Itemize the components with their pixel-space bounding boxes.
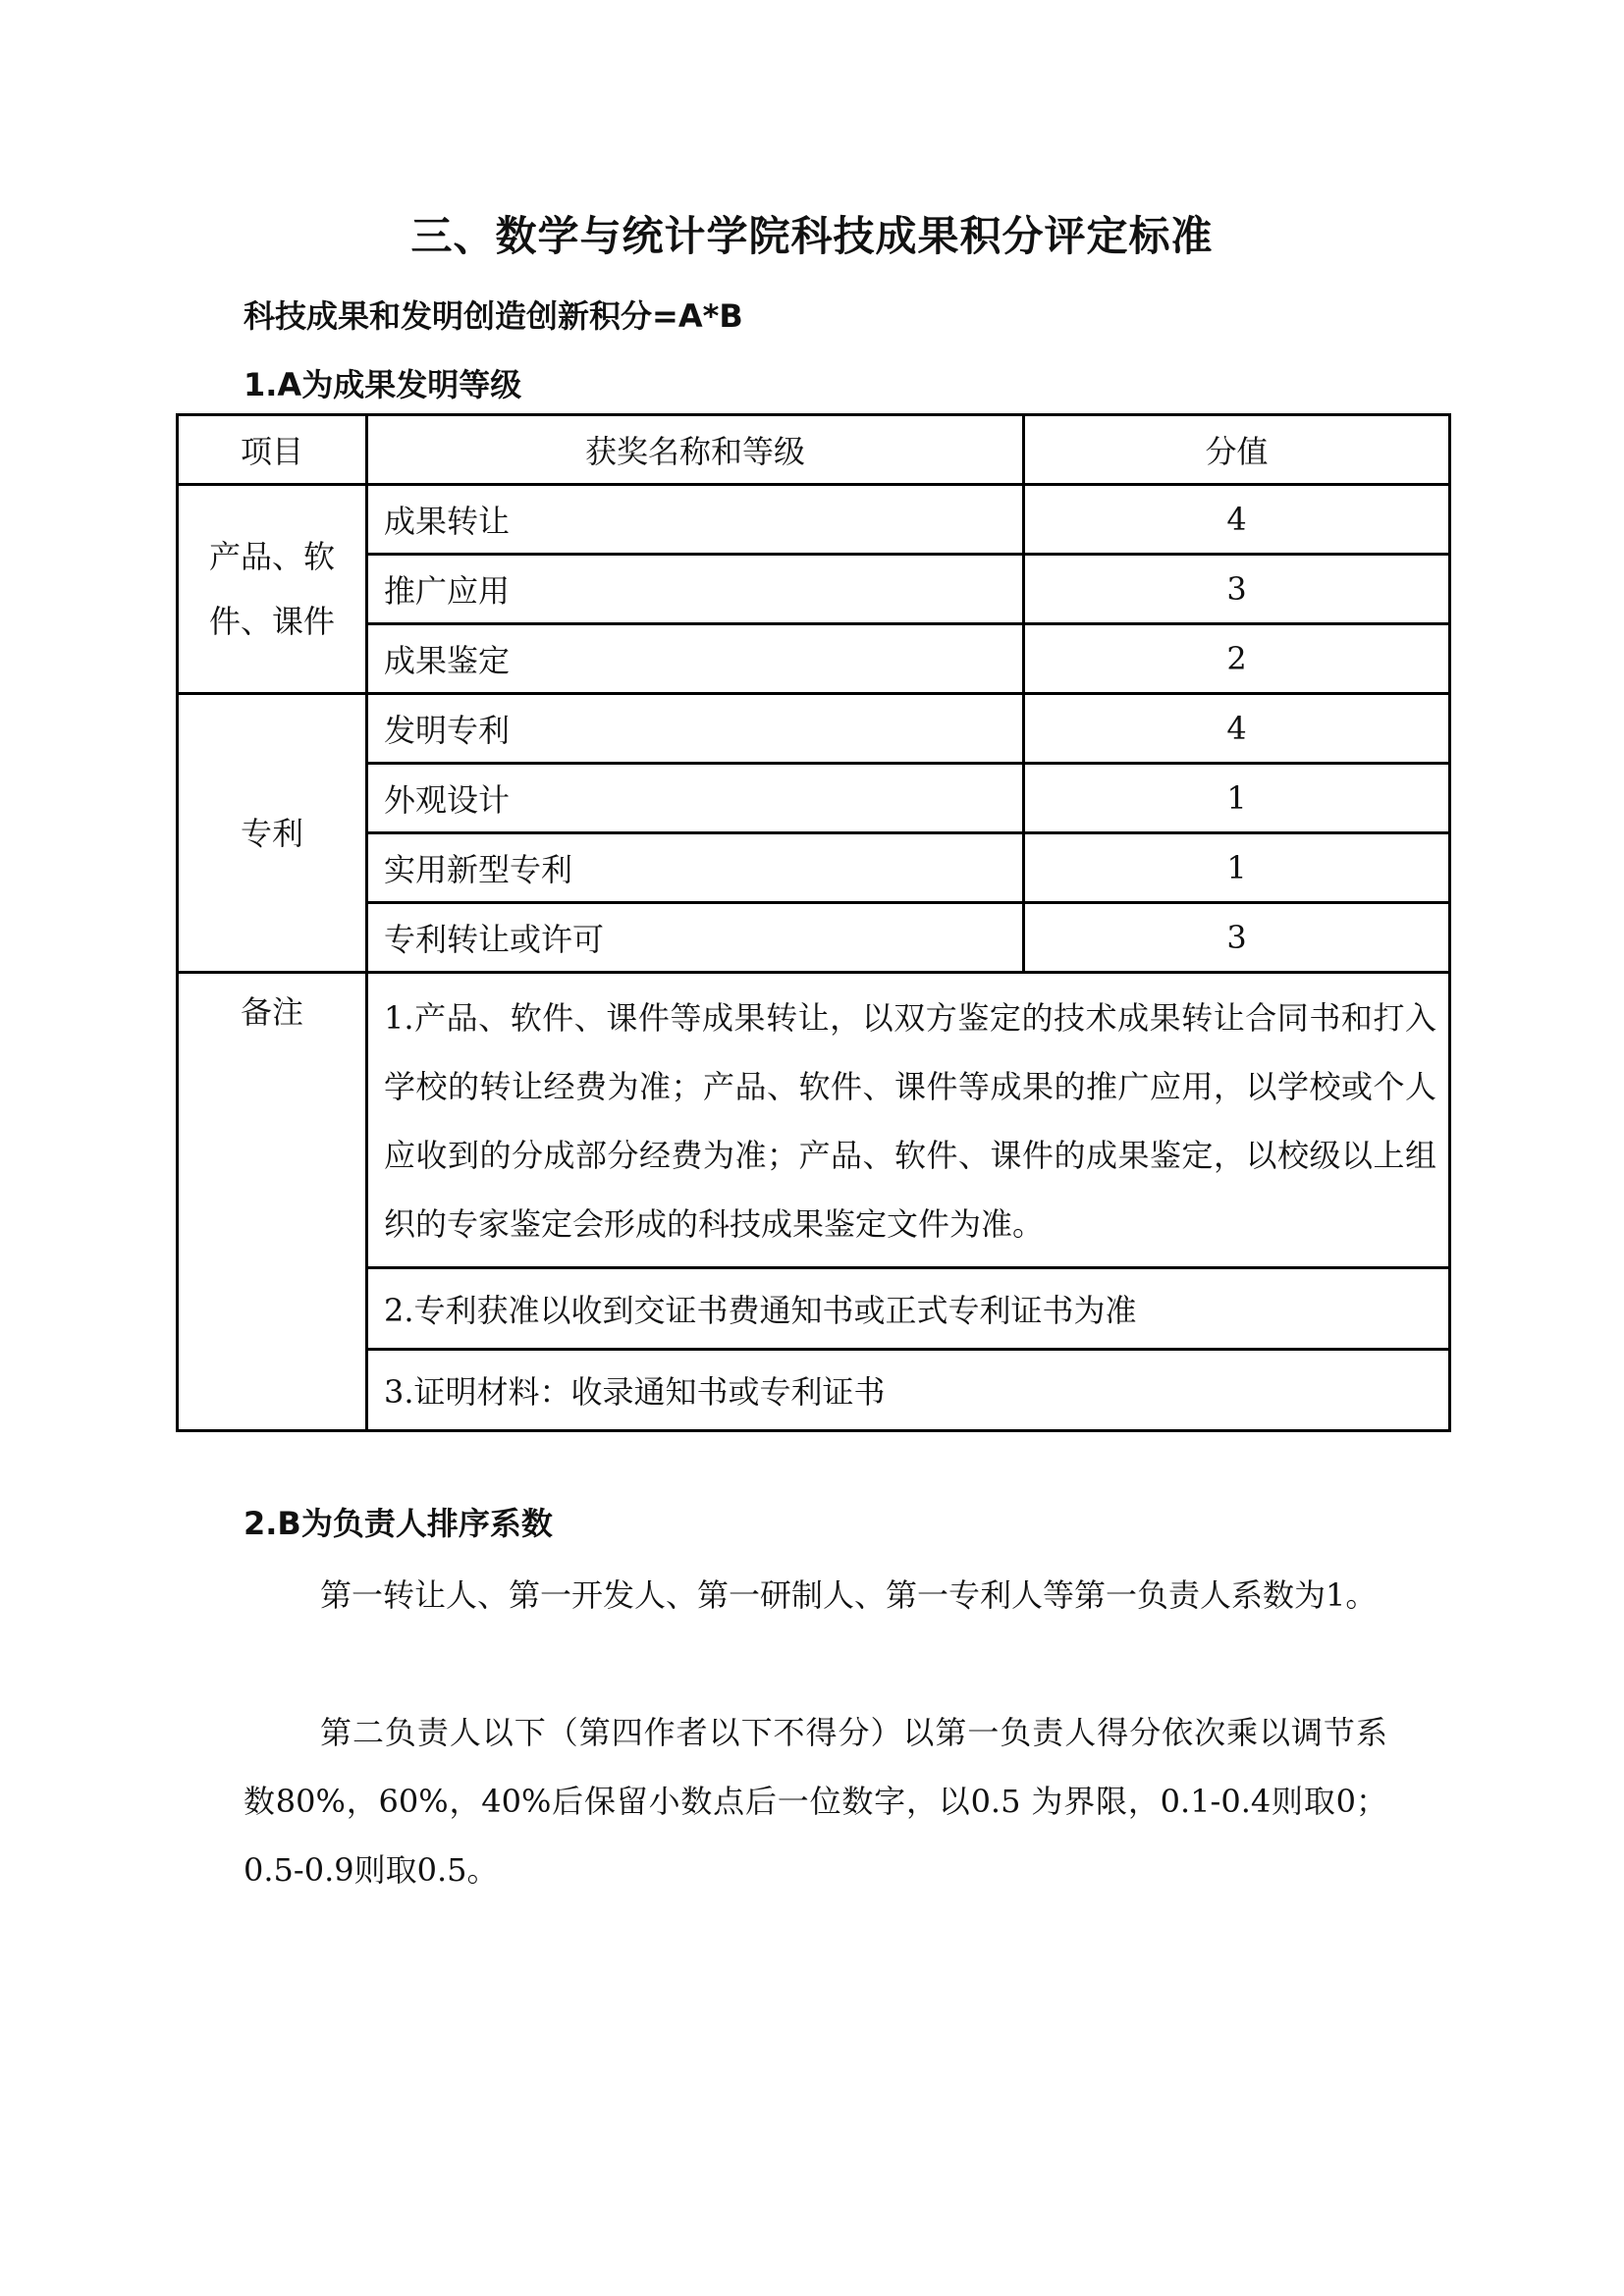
notes-label: 备注: [178, 973, 367, 1431]
award-name: 成果鉴定: [367, 624, 1024, 694]
award-name: 推广应用: [367, 555, 1024, 624]
table-row: 外观设计 1: [178, 764, 1450, 833]
award-name: 成果转让: [367, 485, 1024, 555]
table-row: 成果鉴定 2: [178, 624, 1450, 694]
table-header-row: 项目 获奖名称和等级 分值: [178, 415, 1450, 485]
award-value: 4: [1024, 694, 1450, 764]
table-row: 实用新型专利 1: [178, 833, 1450, 903]
header-award-name: 获奖名称和等级: [367, 415, 1024, 485]
section-a-heading: 1.A为成果发明等级: [244, 363, 521, 406]
award-name: 实用新型专利: [367, 833, 1024, 903]
paragraph: 第二负责人以下（第四作者以下不得分）以第一负责人得分依次乘以调节系数80%，60…: [244, 1698, 1387, 1904]
note-item: 3.证明材料：收录通知书或专利证书: [367, 1350, 1450, 1431]
award-value: 3: [1024, 903, 1450, 973]
header-score: 分值: [1024, 415, 1450, 485]
table-row: 专利 发明专利 4: [178, 694, 1450, 764]
award-name: 专利转让或许可: [367, 903, 1024, 973]
award-name: 外观设计: [367, 764, 1024, 833]
award-value: 3: [1024, 555, 1450, 624]
section-b-heading: 2.B为负责人排序系数: [244, 1502, 553, 1545]
note-item: 2.专利获准以收到交证书费通知书或正式专利证书为准: [367, 1268, 1450, 1350]
page-title: 三、数学与统计学院科技成果积分评定标准: [0, 209, 1624, 264]
header-item: 项目: [178, 415, 367, 485]
award-value: 1: [1024, 833, 1450, 903]
paragraph: 第一转让人、第一开发人、第一研制人、第一专利人等第一负责人系数为1。: [244, 1561, 1387, 1629]
table-row: 产品、软件、课件 成果转让 4: [178, 485, 1450, 555]
award-value: 4: [1024, 485, 1450, 555]
notes-row: 3.证明材料：收录通知书或专利证书: [178, 1350, 1450, 1431]
award-name: 发明专利: [367, 694, 1024, 764]
notes-row: 备注 1.产品、软件、课件等成果转让，以双方鉴定的技术成果转让合同书和打入学校的…: [178, 973, 1450, 1268]
formula-line: 科技成果和发明创造创新积分=A*B: [244, 294, 743, 338]
table-row: 专利转让或许可 3: [178, 903, 1450, 973]
table-row: 推广应用 3: [178, 555, 1450, 624]
award-value: 2: [1024, 624, 1450, 694]
category-products: 产品、软件、课件: [178, 485, 367, 694]
category-patents: 专利: [178, 694, 367, 973]
grading-table: 项目 获奖名称和等级 分值 产品、软件、课件 成果转让 4 推广应用 3 成果鉴…: [176, 413, 1451, 1432]
notes-row: 2.专利获准以收到交证书费通知书或正式专利证书为准: [178, 1268, 1450, 1350]
note-item: 1.产品、软件、课件等成果转让，以双方鉴定的技术成果转让合同书和打入学校的转让经…: [367, 973, 1450, 1268]
award-value: 1: [1024, 764, 1450, 833]
